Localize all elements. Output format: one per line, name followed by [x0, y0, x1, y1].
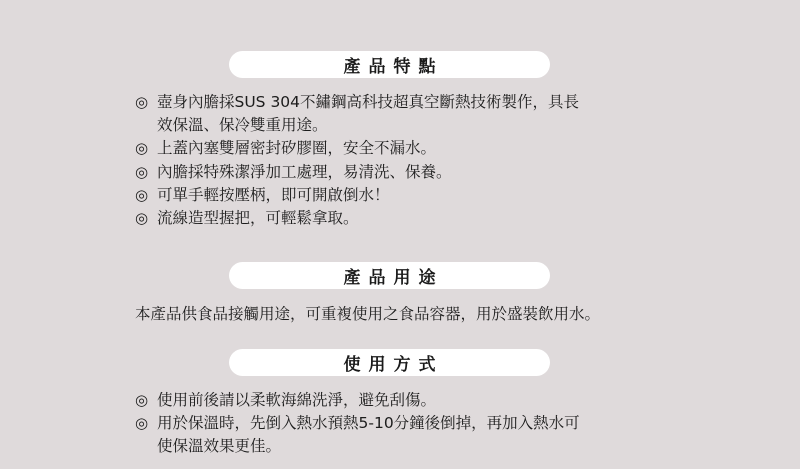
instruction-text-2a: 用於保溫時，先倒入熱水預熱5-10分鐘後倒掉，再加入熱水可 [157, 414, 580, 432]
list-item: ◎ 用於保溫時，先倒入熱水預熱5-10分鐘後倒掉，再加入熱水可 使保溫效果更佳。 [135, 412, 695, 458]
list-item: ◎ 壺身內膽採SUS 304不鏽鋼高科技超真空斷熱技術製作，具長 效保溫、保冷雙… [135, 91, 695, 137]
double-circle-bullet-icon: ◎ [135, 161, 157, 184]
usage-text: 本產品供食品接觸用途，可重複使用之食品容器，用於盛裝飲用水。 [135, 303, 695, 326]
instruction-text-2b: 使保溫效果更佳。 [157, 437, 281, 455]
list-item: ◎ 使用前後請以柔軟海綿洗淨，避免刮傷。 [135, 389, 695, 412]
double-circle-bullet-icon: ◎ [135, 389, 157, 412]
instructions-list: ◎ 使用前後請以柔軟海綿洗淨，避免刮傷。 ◎ 用於保溫時，先倒入熱水預熱5-10… [135, 389, 695, 459]
double-circle-bullet-icon: ◎ [135, 184, 157, 207]
double-circle-bullet-icon: ◎ [135, 91, 157, 137]
instructions-header-pill: 使用方式 [229, 349, 550, 376]
list-item: ◎ 可單手輕按壓柄，即可開啟倒水！ [135, 184, 695, 207]
feature-text-4: 可單手輕按壓柄，即可開啟倒水！ [157, 184, 657, 207]
features-header-pill: 產品特點 [229, 51, 550, 78]
usage-header-pill: 產品用途 [229, 262, 550, 289]
double-circle-bullet-icon: ◎ [135, 207, 157, 230]
list-item: ◎ 流線造型握把，可輕鬆拿取。 [135, 207, 695, 230]
double-circle-bullet-icon: ◎ [135, 412, 157, 458]
instructions-title: 使用方式 [336, 350, 444, 375]
features-title: 產品特點 [336, 52, 444, 77]
list-item: ◎ 上蓋內塞雙層密封矽膠圈，安全不漏水。 [135, 137, 695, 160]
feature-text-1b: 效保溫、保冷雙重用途。 [157, 116, 328, 134]
features-list: ◎ 壺身內膽採SUS 304不鏽鋼高科技超真空斷熱技術製作，具長 效保溫、保冷雙… [135, 91, 695, 230]
feature-text-1a: 壺身內膽採SUS 304不鏽鋼高科技超真空斷熱技術製作，具長 [157, 93, 579, 111]
feature-text-5: 流線造型握把，可輕鬆拿取。 [157, 207, 657, 230]
feature-text-2: 上蓋內塞雙層密封矽膠圈，安全不漏水。 [157, 137, 657, 160]
instruction-text-1: 使用前後請以柔軟海綿洗淨，避免刮傷。 [157, 389, 657, 412]
feature-text-3: 內膽採特殊潔淨加工處理，易清洗、保養。 [157, 161, 657, 184]
list-item: ◎ 內膽採特殊潔淨加工處理，易清洗、保養。 [135, 161, 695, 184]
double-circle-bullet-icon: ◎ [135, 137, 157, 160]
usage-section: 本產品供食品接觸用途，可重複使用之食品容器，用於盛裝飲用水。 [135, 303, 695, 326]
usage-title: 產品用途 [336, 263, 444, 288]
